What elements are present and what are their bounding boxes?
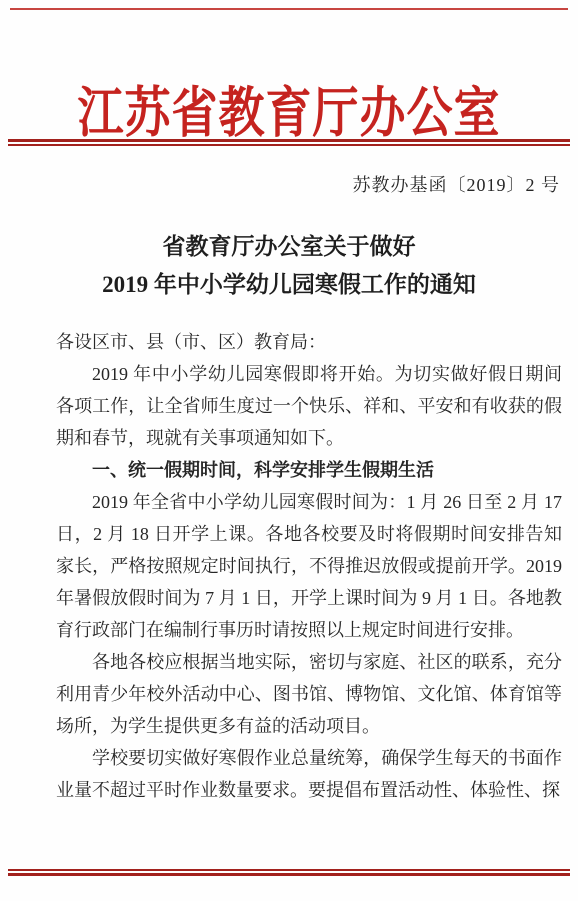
notice-title-line1: 省教育厅办公室关于做好	[0, 228, 578, 266]
header-separator	[8, 139, 570, 146]
paragraph-intro: 2019 年中小学幼儿园寒假即将开始。为切实做好假日期间各项工作，让全省师生度过…	[56, 358, 562, 454]
paragraph-holiday-schedule: 2019 年全省中小学幼儿园寒假时间为：1 月 26 日至 2 月 17 日，2…	[56, 486, 562, 646]
org-header: 江苏省教育厅办公室	[0, 70, 578, 148]
salutation: 各设区市、县（市、区）教育局：	[56, 326, 562, 358]
header-separator-thin-line	[8, 144, 570, 146]
top-border-line	[10, 8, 568, 10]
doc-number: 苏教办基函〔2019〕2 号	[353, 171, 561, 197]
document-body: 各设区市、县（市、区）教育局： 2019 年中小学幼儿园寒假即将开始。为切实做好…	[56, 326, 562, 806]
section1-heading: 一、统一假期时间，科学安排学生假期生活	[56, 454, 562, 486]
document-page: 江苏省教育厅办公室 苏教办基函〔2019〕2 号 省教育厅办公室关于做好 201…	[0, 0, 578, 901]
notice-title-line2: 2019 年中小学幼儿园寒假工作的通知	[0, 266, 578, 304]
notice-title: 省教育厅办公室关于做好 2019 年中小学幼儿园寒假工作的通知	[0, 228, 578, 304]
paragraph-community-activities: 各地各校应根据当地实际，密切与家庭、社区的联系，充分利用青少年校外活动中心、图书…	[56, 646, 562, 742]
paragraph-homework-truncated: 学校要切实做好寒假作业总量统筹，确保学生每天的书面作业量不超过平时作业数量要求。…	[56, 742, 562, 806]
bottom-separator-thick-line	[8, 873, 570, 876]
bottom-separator	[8, 869, 570, 876]
